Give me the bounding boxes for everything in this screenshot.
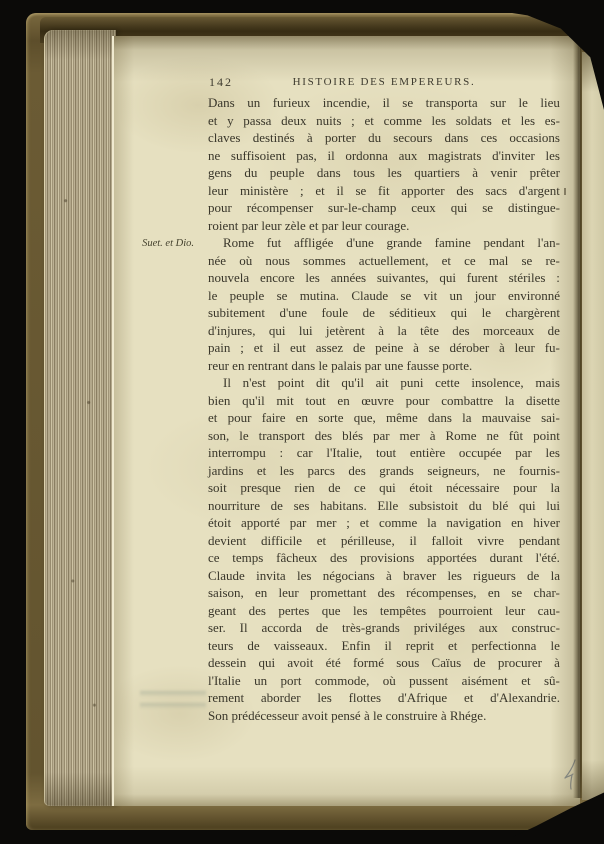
text-line: rementaborderlesflottesd'Afriqueetd'Alex… xyxy=(208,689,560,707)
text-line: teursdevaisseaux.Enfinilrepritetperfecti… xyxy=(208,637,560,655)
text-line: Iln'estpointditqu'ilaitpunicetteinsolenc… xyxy=(208,374,560,392)
text-line: desseinquiavoitétéformésousCaïusdeprocur… xyxy=(208,654,560,672)
text-line: geantdespertesquelestempêtespourroientle… xyxy=(208,602,560,620)
text-line: interrompu:carl'Italie,toutentièreoccupé… xyxy=(208,444,560,462)
text-line: etpourfaireensorteque,mêmedanslamauvaise… xyxy=(208,409,560,427)
book-page: 142 HISTOIRE DES EMPEREURS. Suet. et Dio… xyxy=(112,36,580,806)
ink-show-through xyxy=(140,684,206,718)
page-fore-edges xyxy=(44,30,116,806)
adjacent-page-edge xyxy=(582,52,604,800)
text-line: Dansunfurieuxincendie,ilsetransportasurl… xyxy=(208,94,560,112)
text-line: saison,enleurpromettantdesrécompenses,en… xyxy=(208,584,560,602)
text-line: bienqu'ilmittoutenœuvrepourcombattreladi… xyxy=(208,392,560,410)
text-line: subitementd'unefouledeséditieuxquilechar… xyxy=(208,304,560,322)
text-line: soitpresqueriendecequiétoitnécessairepou… xyxy=(208,479,560,497)
text-line: étoitapportéparmer;etcommelanavigationen… xyxy=(208,514,560,532)
text-line: gensdupeupledanstouslesquartiersàvenirpr… xyxy=(208,164,560,182)
text-line: Son prédécesseur avoit pensé à le constr… xyxy=(208,707,560,725)
text-line: devientdifficileetpérilleuse,ilfalloitvi… xyxy=(208,532,560,550)
text-line: nesuffisoientpas,ilordonnaauxmagistratsd… xyxy=(208,147,560,165)
text-line: nouvelaencorelesannéessuivantes,quifuren… xyxy=(208,269,560,287)
page-header: 142 HISTOIRE DES EMPEREURS. xyxy=(208,74,560,90)
text-line: d'injures,quiluijetèrentàlatêtedesmorcea… xyxy=(208,322,560,340)
margin-citation: Suet. et Dio. xyxy=(122,235,194,253)
text-line: clavesdestinésàporterdusecoursdanscesocc… xyxy=(208,129,560,147)
body-text: Dansunfurieuxincendie,ilsetransportasurl… xyxy=(208,94,560,724)
text-line: nourrituredeseshabitans.Ellesubsistoitdu… xyxy=(208,497,560,515)
text-line: l'Italieunportcommode,oùpussentaisémente… xyxy=(208,672,560,690)
text-line: jardinsetlesparcsdesgrandsseigneurs,nefo… xyxy=(208,462,560,480)
text-line: cetempsfâcheuxdesprovisionsapportéesdura… xyxy=(208,549,560,567)
running-title: HISTOIRE DES EMPEREURS. xyxy=(293,76,476,88)
text-line: leurministère;etilsefitapporterdessacsd'… xyxy=(208,182,560,200)
text-line: reur en rentrant dans le palais par une … xyxy=(208,357,560,375)
text-line: pourrécompensersur-le-champceuxquisedist… xyxy=(208,199,560,217)
fore-edge-speckle xyxy=(44,30,116,806)
text-line: néeoùnoussommesactuellement,etcemalsere- xyxy=(208,252,560,270)
text-line: Claudeinvitalesnégociansàbraverlesrigueu… xyxy=(208,567,560,585)
text-line: lepeuplesemutina.Claudesevitunjourenviro… xyxy=(208,287,560,305)
text-line: pain;etileutassezdepeineàsedéroberàleurf… xyxy=(208,339,560,357)
text-line: etypassadeuxnuits;etcommelessoldatsetles… xyxy=(208,112,560,130)
text-line: son,letransportdesblésparmeràRomenefûtpo… xyxy=(208,427,560,445)
text-line: roient par leur zèle et par leur courage… xyxy=(208,217,560,235)
page-number: 142 xyxy=(209,74,233,90)
book-scan: 142 HISTOIRE DES EMPEREURS. Suet. et Dio… xyxy=(0,0,604,844)
text-line: ser.Ilaccordadetrès-grandsprivilégesauxc… xyxy=(208,619,560,637)
stray-ink-tick xyxy=(564,188,566,195)
text-line: Romefutaffligéed'unegrandefaminependantl… xyxy=(208,234,560,252)
